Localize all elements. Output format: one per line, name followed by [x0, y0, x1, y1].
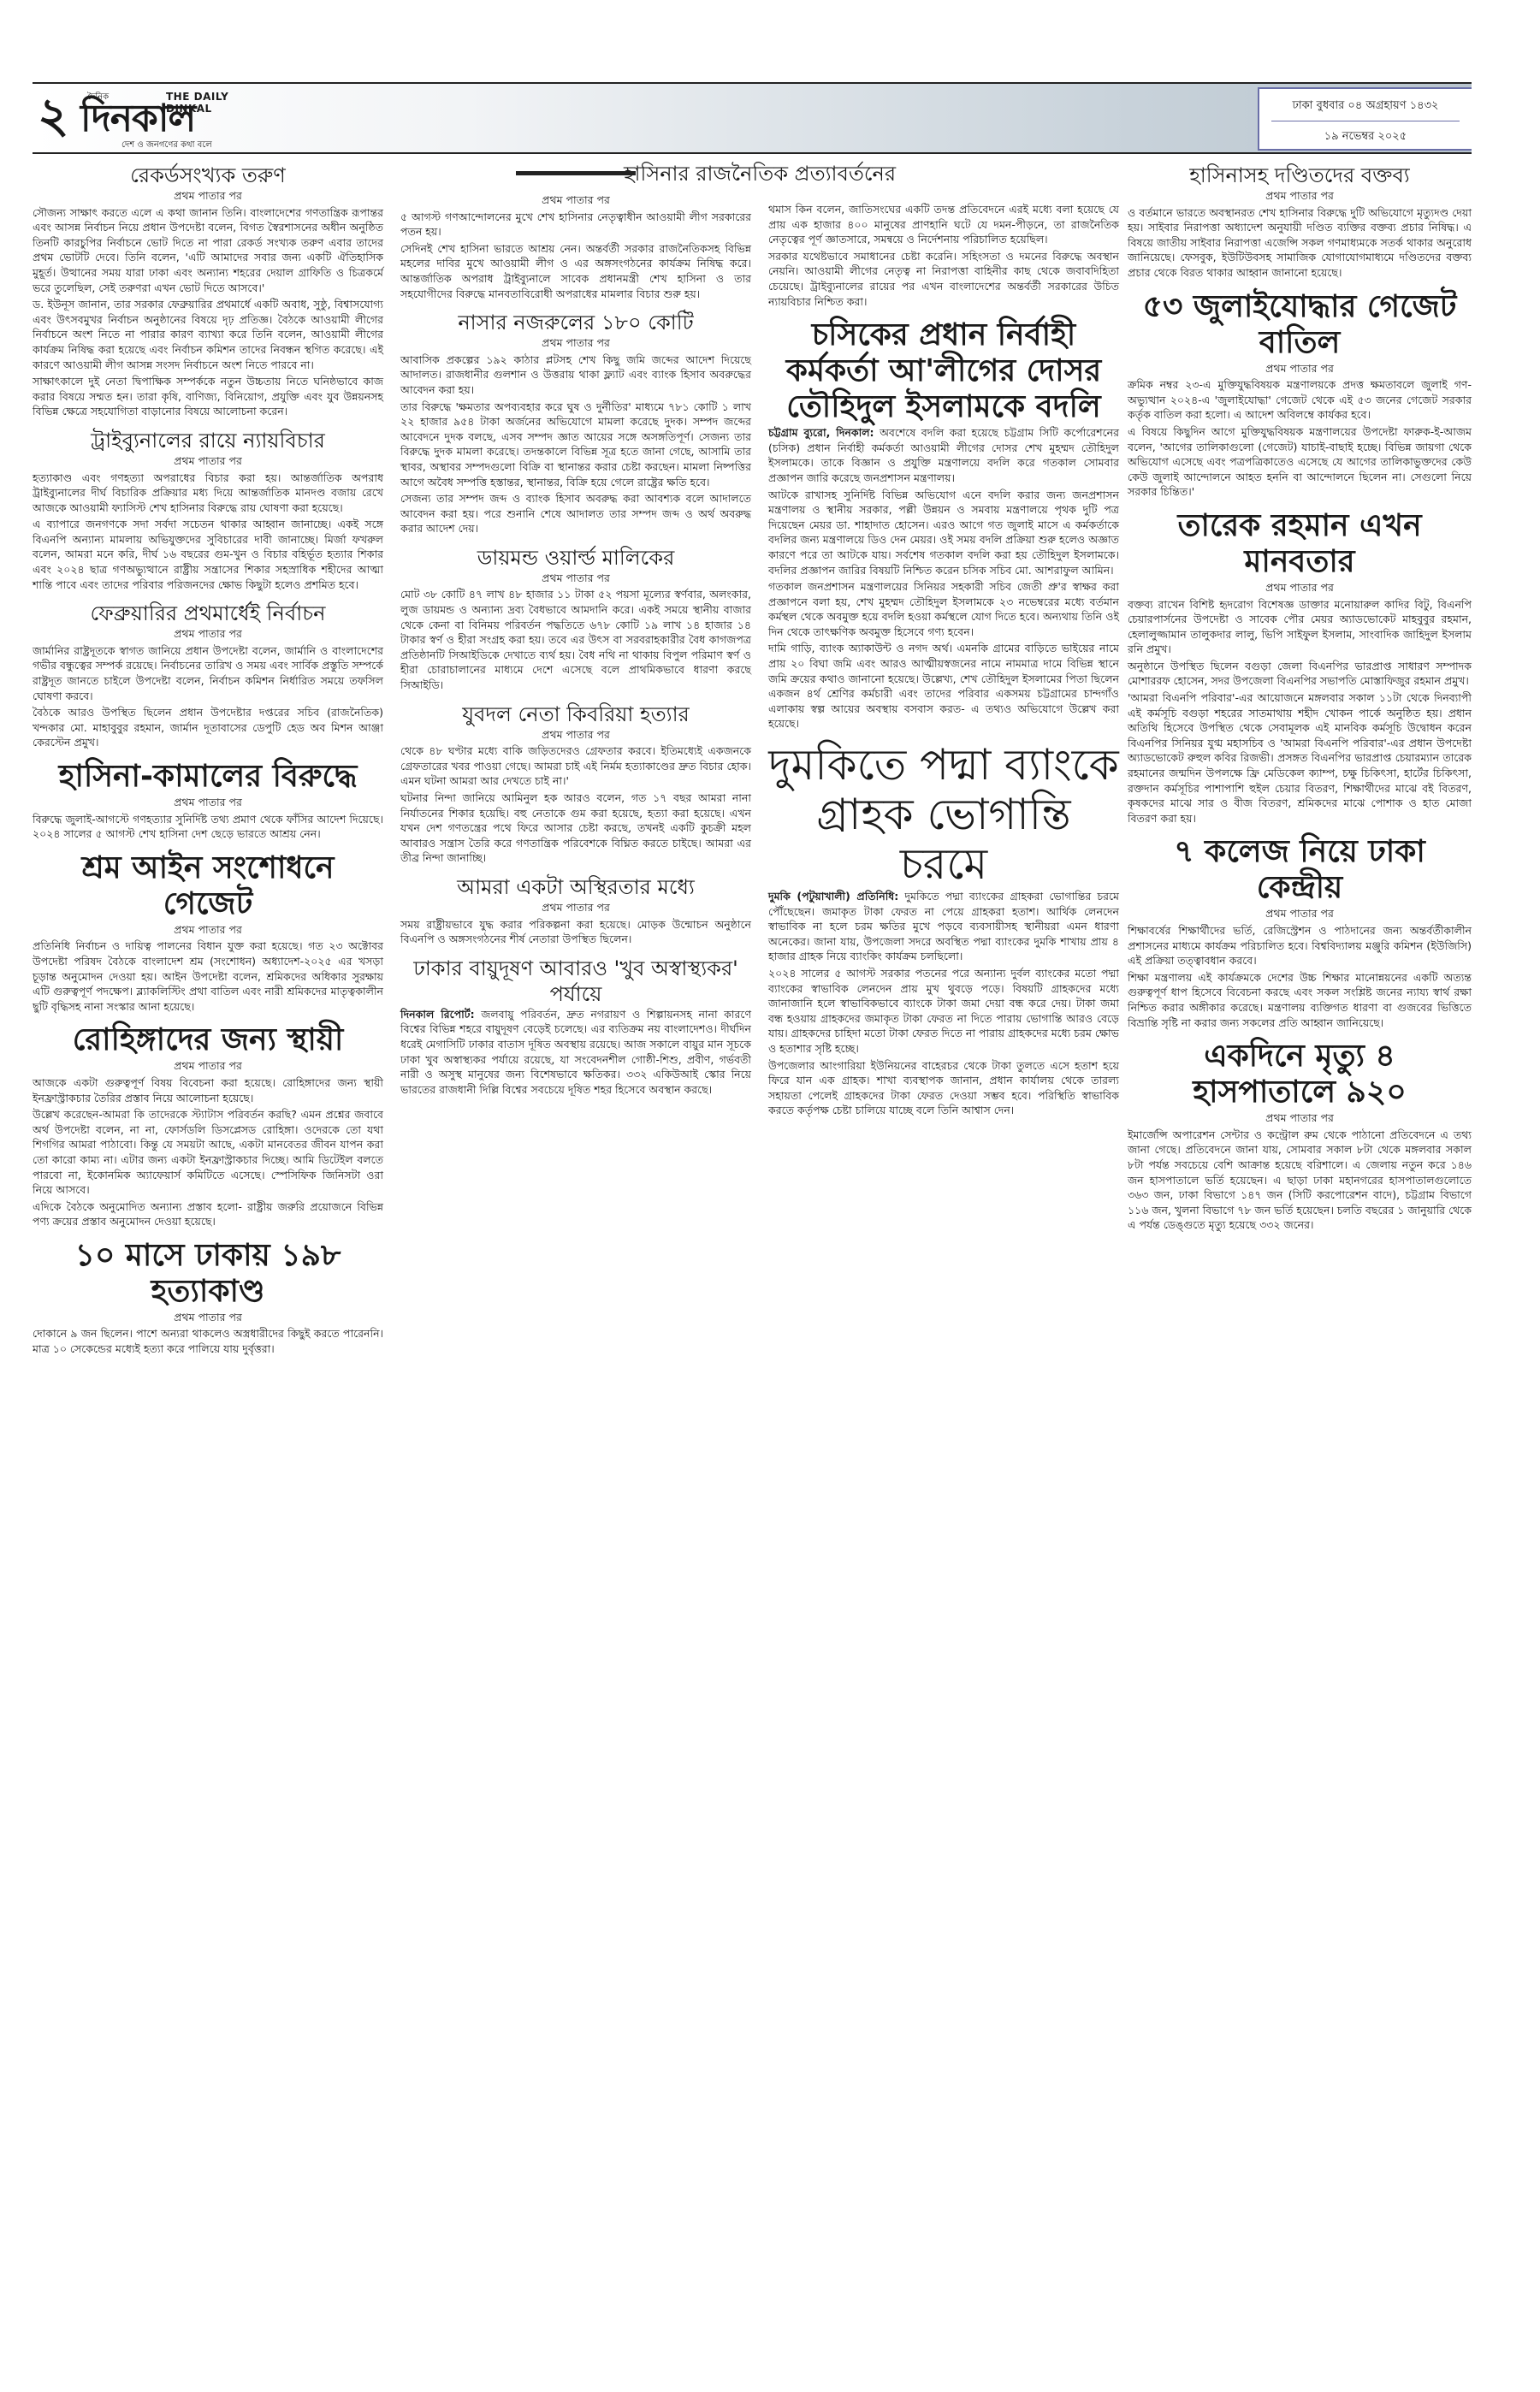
body: প্রতিনিধি নির্বাচন ও দায়িত্ব পালনের বিধ…: [33, 938, 383, 1014]
body: উপজেলার আংগারিয়া ইউনিয়নের বাহেরচর থেকে…: [768, 1058, 1119, 1118]
story-instability: আমরা একটা অস্থিরতার মধ্যে প্রথম পাতার পর…: [400, 874, 751, 947]
body: সাক্ষাৎকালে দুই নেতা দ্বিপাক্ষিক সম্পর্ক…: [33, 374, 383, 419]
gregorian-date: ১৯ নভেম্বর ২০২৫: [1259, 121, 1472, 146]
story-hasina-convicts-statement: হাসিনাসহ দণ্ডিতদের বক্তব্য প্রথম পাতার প…: [1128, 163, 1472, 281]
body: ২০২৪ সালের ৫ আগস্ট সরকার পতনের পরে অন্যা…: [768, 966, 1119, 1057]
continued-label: প্রথম পাতার পর: [1128, 906, 1472, 921]
continued-label: প্রথম পাতার পর: [33, 188, 383, 204]
body: এ ব্যাপারে জনগণকে সদা সর্বদা সচেতন থাকার…: [33, 517, 383, 592]
continued-label: প্রথম পাতার পর: [1128, 188, 1472, 204]
headline: ডায়মন্ড ওয়ার্ল্ড মালিকের: [400, 545, 751, 571]
continued-label: প্রথম পাতার পর: [33, 1310, 383, 1325]
newspaper-logo: দৈনিক THE DAILY DINKAL দিনকাল দেশ ও জনগণ…: [80, 87, 277, 149]
headline: হাসিনা-কামালের বিরুদ্ধে: [33, 759, 383, 795]
body: দোকানে ৯ জন ছিলেন। পাশে অন্যরা থাকলেও অস…: [33, 1326, 383, 1356]
body: তার বিরুদ্ধে 'ক্ষমতার অপব্যবহার করে ঘুষ …: [400, 400, 751, 490]
continued-label: প্রথম পাতার পর: [400, 571, 751, 586]
headline: ১০ মাসে ঢাকায় ১৯৮ হত্যাকাণ্ড: [33, 1238, 383, 1310]
headline: আমরা একটা অস্থিরতার মধ্যে: [400, 874, 751, 900]
body: সেদিনই শেখ হাসিনা ভারতে আশ্রয় নেন। অন্ত…: [400, 241, 751, 301]
body: আবাসিক প্রকল্পের ১৯২ কাঠার প্লটসহ শেখ কি…: [400, 352, 751, 398]
headline: ৫৩ জুলাইযোদ্ধার গেজেট বাতিল: [1128, 289, 1472, 361]
body: ঘটনার নিন্দা জানিয়ে আমিনুল হক আরও বলেন,…: [400, 790, 751, 866]
headline: নাসার নজরুলের ১৮০ কোটি: [400, 310, 751, 335]
body-text: জলবায়ু পরিবর্তন, দ্রুত নগরায়ণ ও শিল্পা…: [400, 1008, 751, 1096]
date-box: ঢাকা বুধবার ০৪ অগ্রহায়ণ ১৪৩২ ১৯ নভেম্বর…: [1258, 87, 1472, 151]
story-jubodal-kibria: যুবদল নেতা কিবরিয়া হত্যার প্রথম পাতার প…: [400, 702, 751, 866]
continued-label: প্রথম পাতার পর: [1128, 361, 1472, 376]
continued-label: প্রথম পাতার পর: [33, 453, 383, 469]
story-dhaka-murders: ১০ মাসে ঢাকায় ১৯৮ হত্যাকাণ্ড প্রথম পাতা…: [33, 1238, 383, 1357]
headline: রোহিঙ্গাদের জন্য স্থায়ী: [33, 1022, 383, 1058]
body: সৌজন্য সাক্ষাৎ করতে এলে এ কথা জানান তিনি…: [33, 205, 383, 296]
story-hasina-return-cont: প্রথম পাতার পর ৫ আগস্ট গণআন্দোলনের মুখে …: [400, 192, 751, 301]
continued-label: প্রথম পাতার পর: [400, 727, 751, 743]
body: হত্যাকাণ্ড এবং গণহত্যা অপরাধের বিচার করা…: [33, 471, 383, 516]
body: সময় রাষ্ট্রীয়ভাবে যুদ্ধ করার পরিকল্পনা…: [400, 917, 751, 947]
headline: ঢাকার বায়ুদূষণ আবারও 'খুব অস্বাস্থ্যকর'…: [400, 956, 751, 1007]
section-divider: [516, 171, 636, 175]
bengali-date: ঢাকা বুধবার ০৪ অগ্রহায়ণ ১৪৩২: [1271, 89, 1460, 121]
body: উল্লেখ করেছেন-আমরা কি তাদেরকে স্ট্যাটাস …: [33, 1107, 383, 1198]
page-number: ২: [38, 91, 68, 142]
continued-label: প্রথম পাতার পর: [33, 626, 383, 642]
headline: চসিকের প্রধান নির্বাহী কর্মকর্তা আ'লীগের…: [768, 317, 1119, 425]
body: সেজন্য তার সম্পদ জব্দ ও ব্যাংক হিসাব অবর…: [400, 491, 751, 536]
headline: ফেব্রুয়ারির প্রথমার্ধেই নির্বাচন: [33, 601, 383, 626]
story-february-election: ফেব্রুয়ারির প্রথমার্ধেই নির্বাচন প্রথম …: [33, 601, 383, 750]
headline: ৭ কলেজ নিয়ে ঢাকা কেন্দ্রীয়: [1128, 834, 1472, 906]
logo-tagline: দেশ ও জনগণের কথা বলে: [121, 139, 212, 153]
body: 'আমরা বিএনপি পরিবার'-এর আয়োজনে মঙ্গলবার…: [1128, 690, 1472, 826]
continued-label: প্রথম পাতার পর: [33, 922, 383, 938]
body: চট্টগ্রাম ব্যুরো, দিনকাল: অবশেষে বদলি কর…: [768, 425, 1119, 485]
continued-label: প্রথম পাতার পর: [400, 335, 751, 351]
body: দিনকাল রিপোর্ট: জলবায়ু পরিবর্তন, দ্রুত …: [400, 1007, 751, 1098]
story-nasa-nazrul: নাসার নজরুলের ১৮০ কোটি প্রথম পাতার পর আব…: [400, 310, 751, 536]
body: আজকে একটা গুরুত্বপূর্ণ বিষয় বিবেচনা করা…: [33, 1075, 383, 1105]
story-padma-bank-dumki: দুমকিতে পদ্মা ব্যাংকে গ্রাহক ভোগান্তি চর…: [768, 740, 1119, 1118]
story-seven-colleges: ৭ কলেজ নিয়ে ঢাকা কেন্দ্রীয় প্রথম পাতার…: [1128, 834, 1472, 1030]
column-2: প্রথম পাতার পর ৫ আগস্ট গণআন্দোলনের মুখে …: [400, 161, 751, 1105]
headline: যুবদল নেতা কিবরিয়া হত্যার: [400, 702, 751, 727]
continued-label: প্রথম পাতার পর: [33, 1058, 383, 1074]
story-record-youth: রেকর্ডসংখ্যক তরুণ প্রথম পাতার পর সৌজন্য …: [33, 163, 383, 419]
newspaper-page: ২ দৈনিক THE DAILY DINKAL দিনকাল দেশ ও জন…: [33, 82, 1472, 154]
byline: চট্টগ্রাম ব্যুরো, দিনকাল:: [768, 426, 874, 439]
body: মোট ৩৮ কোটি ৪৭ লাখ ৪৮ হাজার ১১ টাকা ৫২ প…: [400, 587, 751, 692]
headline: হাসিনাসহ দণ্ডিতদের বক্তব্য: [1128, 163, 1472, 188]
story-hasina-return-cont2: থমাস কিন বলেন, জাতিসংঘের একটি তদন্ত প্রত…: [768, 202, 1119, 309]
spacer: [768, 161, 1119, 202]
headline: একদিনে মৃত্যু ৪ হাসপাতালে ৯২০: [1128, 1039, 1472, 1110]
body: আটকে রাখাসহ সুনির্দিষ্ট বিভিন্ন অভিযোগ এ…: [768, 488, 1119, 578]
body: দুমকি (পটুয়াখালী) প্রতিনিধি: দুমকিতে পদ…: [768, 889, 1119, 964]
column-1: রেকর্ডসংখ্যক তরুণ প্রথম পাতার পর সৌজন্য …: [33, 161, 383, 1365]
body: ড. ইউনূস জানান, তার সরকার ফেব্রুয়ারির প…: [33, 297, 383, 372]
body: এ বিষয়ে কিছুদিন আগে মুক্তিযুদ্ধবিষয়ক ম…: [1128, 424, 1472, 500]
body: বক্তব্য রাখেন বিশিষ্ট হৃদরোগ বিশেষজ্ঞ ডা…: [1128, 597, 1472, 657]
body: ও বর্তমানে ভারতে অবস্থানরত শেখ হাসিনার ব…: [1128, 205, 1472, 281]
story-hasina-kamal: হাসিনা-কামালের বিরুদ্ধে প্রথম পাতার পর ব…: [33, 759, 383, 842]
continued-label: প্রথম পাতার পর: [33, 795, 383, 810]
story-dhaka-air-pollution: ঢাকার বায়ুদূষণ আবারও 'খুব অস্বাস্থ্যকর'…: [400, 956, 751, 1098]
headline: শ্রম আইন সংশোধনে গেজেট: [33, 850, 383, 922]
body: ইমার্জেন্সি অপারেশন সেন্টার ও কন্ট্রোল র…: [1128, 1128, 1472, 1233]
body: শিক্ষাবর্ষের শিক্ষার্থীদের ভর্তি, রেজিস্…: [1128, 923, 1472, 968]
body: সরকার যথেষ্টভাবে সমাধানের চেষ্টা করেনি। …: [768, 249, 1119, 309]
body: বিরুদ্ধে জুলাই-আগস্টে গণহত্যার সুনির্দিষ…: [33, 812, 383, 842]
byline: দুমকি (পটুয়াখালী) প্রতিনিধি:: [768, 890, 898, 903]
continued-label: প্রথম পাতার পর: [400, 192, 751, 208]
story-labour-law-gazette: শ্রম আইন সংশোধনে গেজেট প্রথম পাতার পর প্…: [33, 850, 383, 1015]
logo-bengali-name: দিনকাল: [80, 99, 195, 139]
body: ক্রমিক নম্বর ২৩-এ মুক্তিযুদ্ধবিষয়ক মন্ত…: [1128, 377, 1472, 423]
story-tribunal-justice: ট্রাইব্যুনালের রায়ে ন্যায়বিচার প্রথম প…: [33, 428, 383, 592]
column-4: হাসিনাসহ দণ্ডিতদের বক্তব্য প্রথম পাতার প…: [1128, 161, 1472, 1241]
story-tarique-humanity: তারেক রহমান এখন মানবতার প্রথম পাতার পর ব…: [1128, 508, 1472, 826]
byline: দিনকাল রিপোর্ট:: [400, 1008, 475, 1021]
story-rohingya-permanent: রোহিঙ্গাদের জন্য স্থায়ী প্রথম পাতার পর …: [33, 1022, 383, 1229]
headline: তারেক রহমান এখন মানবতার: [1128, 508, 1472, 580]
story-ccc-ceo-transfer: চসিকের প্রধান নির্বাহী কর্মকর্তা আ'লীগের…: [768, 317, 1119, 731]
body: গতকাল জনপ্রশাসন মন্ত্রণালয়ের সিনিয়র সহ…: [768, 579, 1119, 639]
story-diamond-world: ডায়মন্ড ওয়ার্ল্ড মালিকের প্রথম পাতার প…: [400, 545, 751, 693]
body: জার্মানির রাষ্ট্রদূতকে স্বাগত জানিয়ে প্…: [33, 643, 383, 703]
body: শিক্ষা মন্ত্রণালয় এই কার্যক্রমকে দেশের …: [1128, 970, 1472, 1030]
continued-label: প্রথম পাতার পর: [1128, 1110, 1472, 1126]
body: থেকে ৪৮ ঘণ্টার মধ্যে বাকি জড়িতদেরও গ্রে…: [400, 743, 751, 789]
body: অনুষ্ঠানে উপস্থিত ছিলেন বগুড়া জেলা বিএন…: [1128, 659, 1472, 689]
headline: দুমকিতে পদ্মা ব্যাংকে গ্রাহক ভোগান্তি চর…: [768, 740, 1119, 889]
masthead: ২ দৈনিক THE DAILY DINKAL দিনকাল দেশ ও জন…: [33, 82, 1472, 154]
story-dengue-deaths: একদিনে মৃত্যু ৪ হাসপাতালে ৯২০ প্রথম পাতা…: [1128, 1039, 1472, 1233]
continued-label: প্রথম পাতার পর: [400, 900, 751, 915]
body: ৫ আগস্ট গণআন্দোলনের মুখে শেখ হাসিনার নেত…: [400, 210, 751, 240]
body: এদিকে বৈঠকে অনুমোদিত অন্যান্য প্রস্তাব হ…: [33, 1199, 383, 1229]
continued-label: প্রথম পাতার পর: [1128, 580, 1472, 595]
headline: রেকর্ডসংখ্যক তরুণ: [33, 163, 383, 188]
body: থমাস কিন বলেন, জাতিসংঘের একটি তদন্ত প্রত…: [768, 202, 1119, 247]
column-3: থমাস কিন বলেন, জাতিসংঘের একটি তদন্ত প্রত…: [768, 161, 1119, 1127]
headline: ট্রাইব্যুনালের রায়ে ন্যায়বিচার: [33, 428, 383, 453]
body: দামি গাড়ি, ব্যাংক অ্যাকাউন্ট ও নগদ অর্থ…: [768, 641, 1119, 731]
body: বৈঠকে আরও উপস্থিত ছিলেন প্রধান উপদেষ্টার…: [33, 705, 383, 750]
story-july-fighters-gazette: ৫৩ জুলাইযোদ্ধার গেজেট বাতিল প্রথম পাতার …: [1128, 289, 1472, 500]
